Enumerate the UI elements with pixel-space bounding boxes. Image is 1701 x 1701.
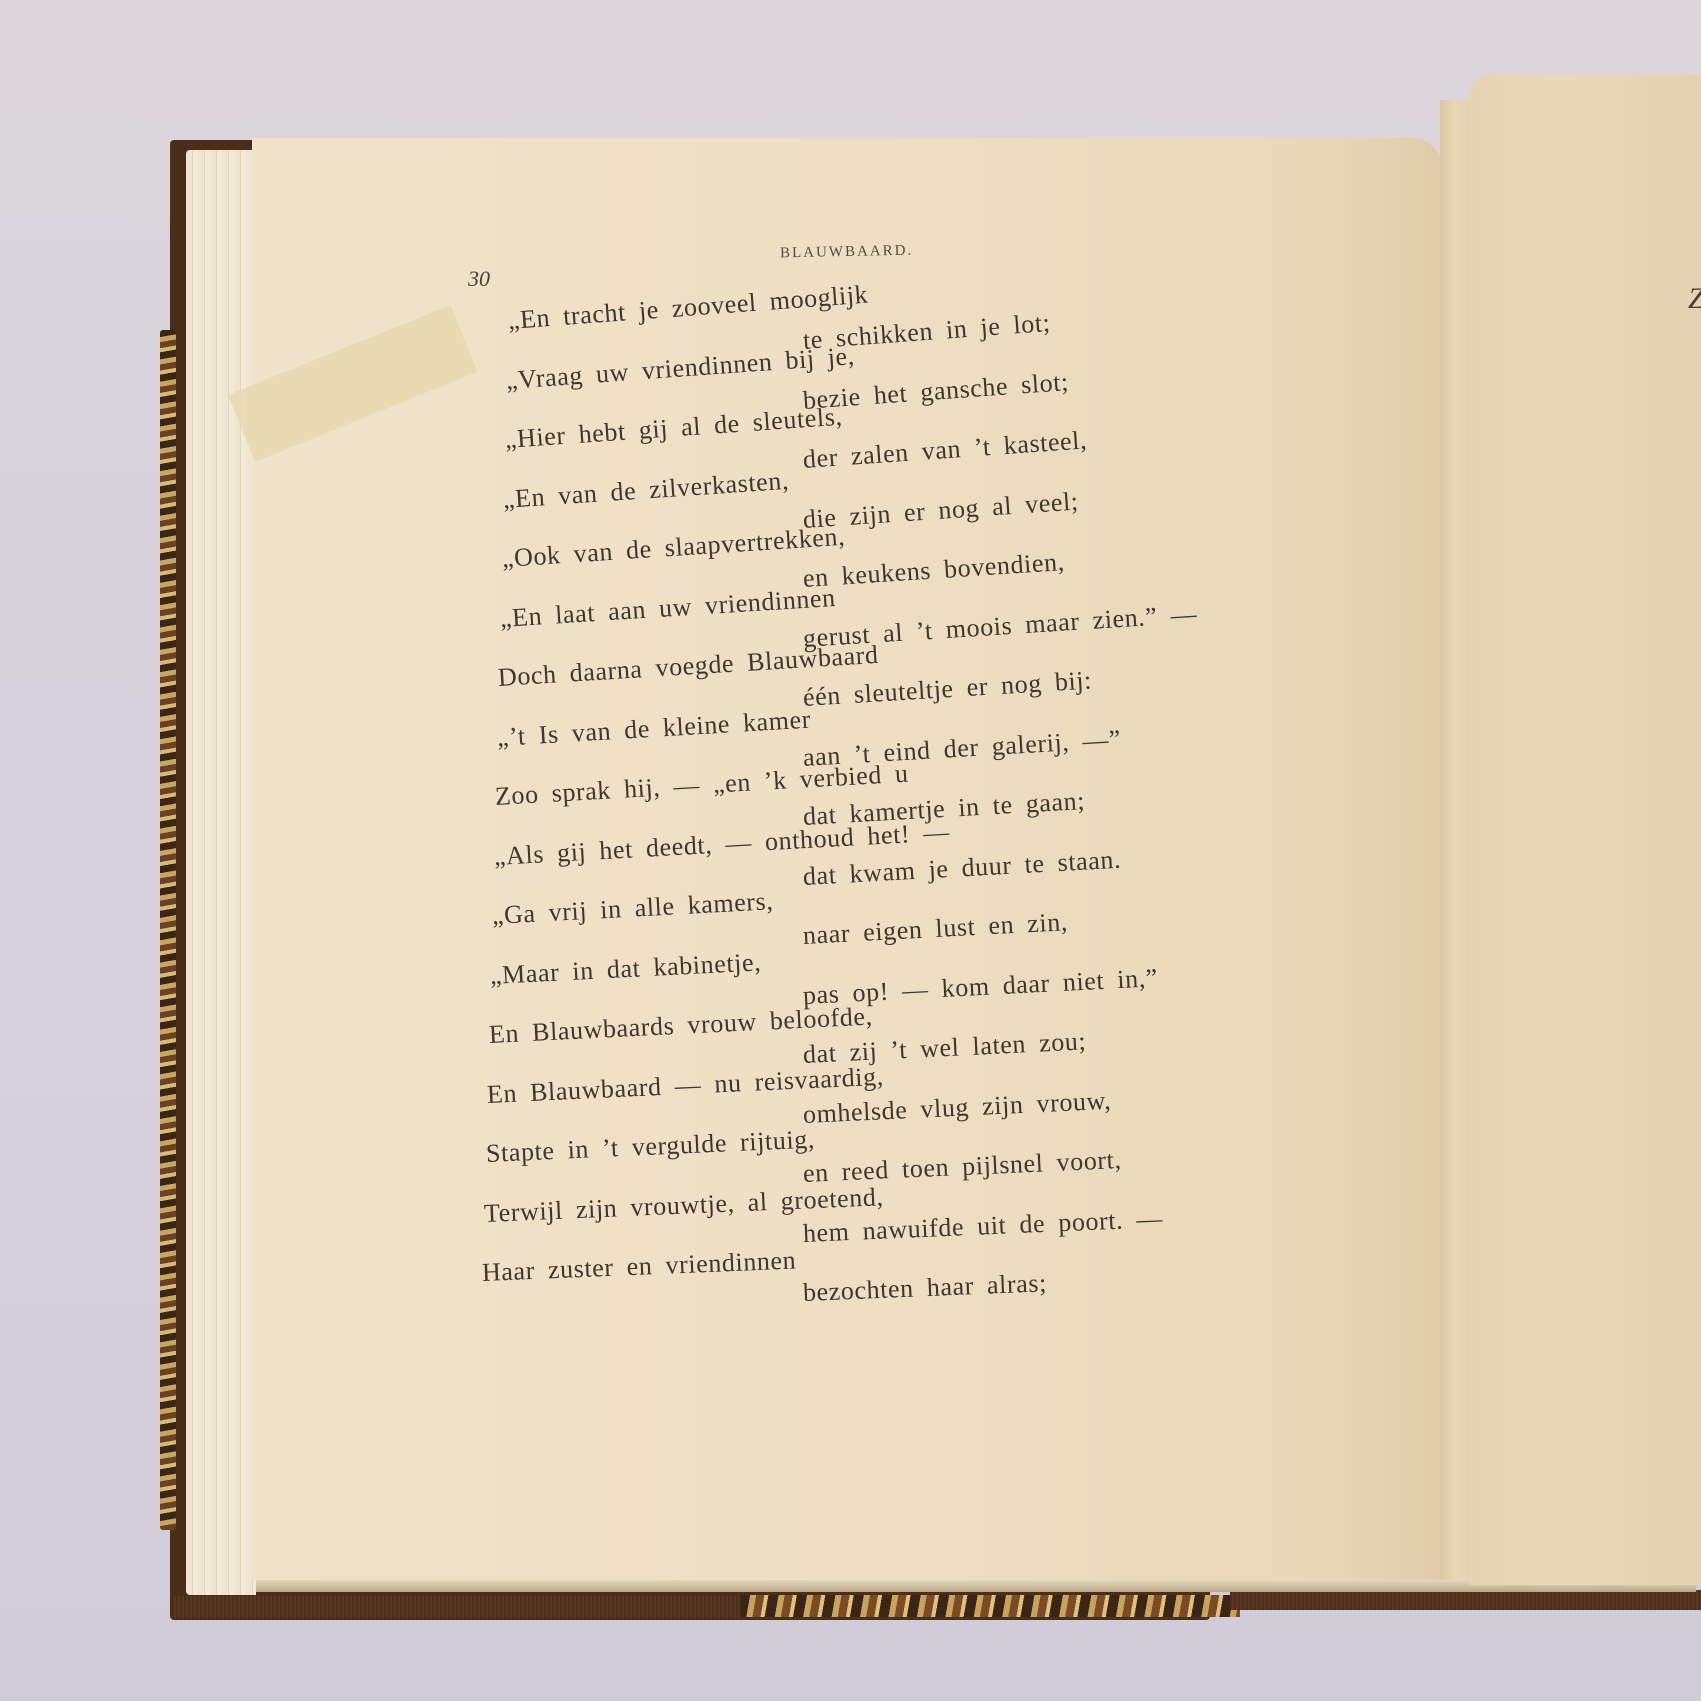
verse-line-first-half: „Maar in dat kabinetje, <box>490 947 763 991</box>
verse-line-first-half: Haar zuster en vriendinnen <box>482 1246 797 1288</box>
verse-line-first-half: „En van de zilverkasten, <box>502 465 790 514</box>
running-head: BLAUWBAARD. <box>780 243 914 263</box>
page-text: BLAUWBAARD. 30 „En tracht je zooveel moo… <box>0 0 1701 1701</box>
verse-line-second-half: der zalen van ’t kasteel, <box>802 425 1088 475</box>
verse-line-second-half: en keukens bovendien, <box>802 547 1066 594</box>
page-number: 30 <box>468 266 490 292</box>
verse-line-second-half: één sleuteltje er nog bij: <box>802 665 1093 713</box>
verse-line-first-half: „En laat aan uw vriendinnen <box>499 582 836 633</box>
verse-line-second-half: bezie het gansche slot; <box>802 367 1070 416</box>
verse-line-second-half: naar eigen lust en zin, <box>802 907 1068 951</box>
verse-line-first-half: „Ook van de slaapvertrekken, <box>501 522 846 574</box>
verse-line-first-half: Stapte in ’t vergulde rijtuig, <box>485 1125 815 1169</box>
verse-line-first-half: „’t Is van de kleine kamer <box>496 704 812 752</box>
verse-line-second-half: bezochten haar alras; <box>802 1268 1047 1308</box>
verse-line-first-half: „Hier hebt gij al de sleutels, <box>504 402 844 455</box>
verse-line-second-half: en reed toen pijlsnel voort, <box>802 1145 1122 1189</box>
verse-line-first-half: „Ga vrij in alle kamers, <box>491 886 774 931</box>
